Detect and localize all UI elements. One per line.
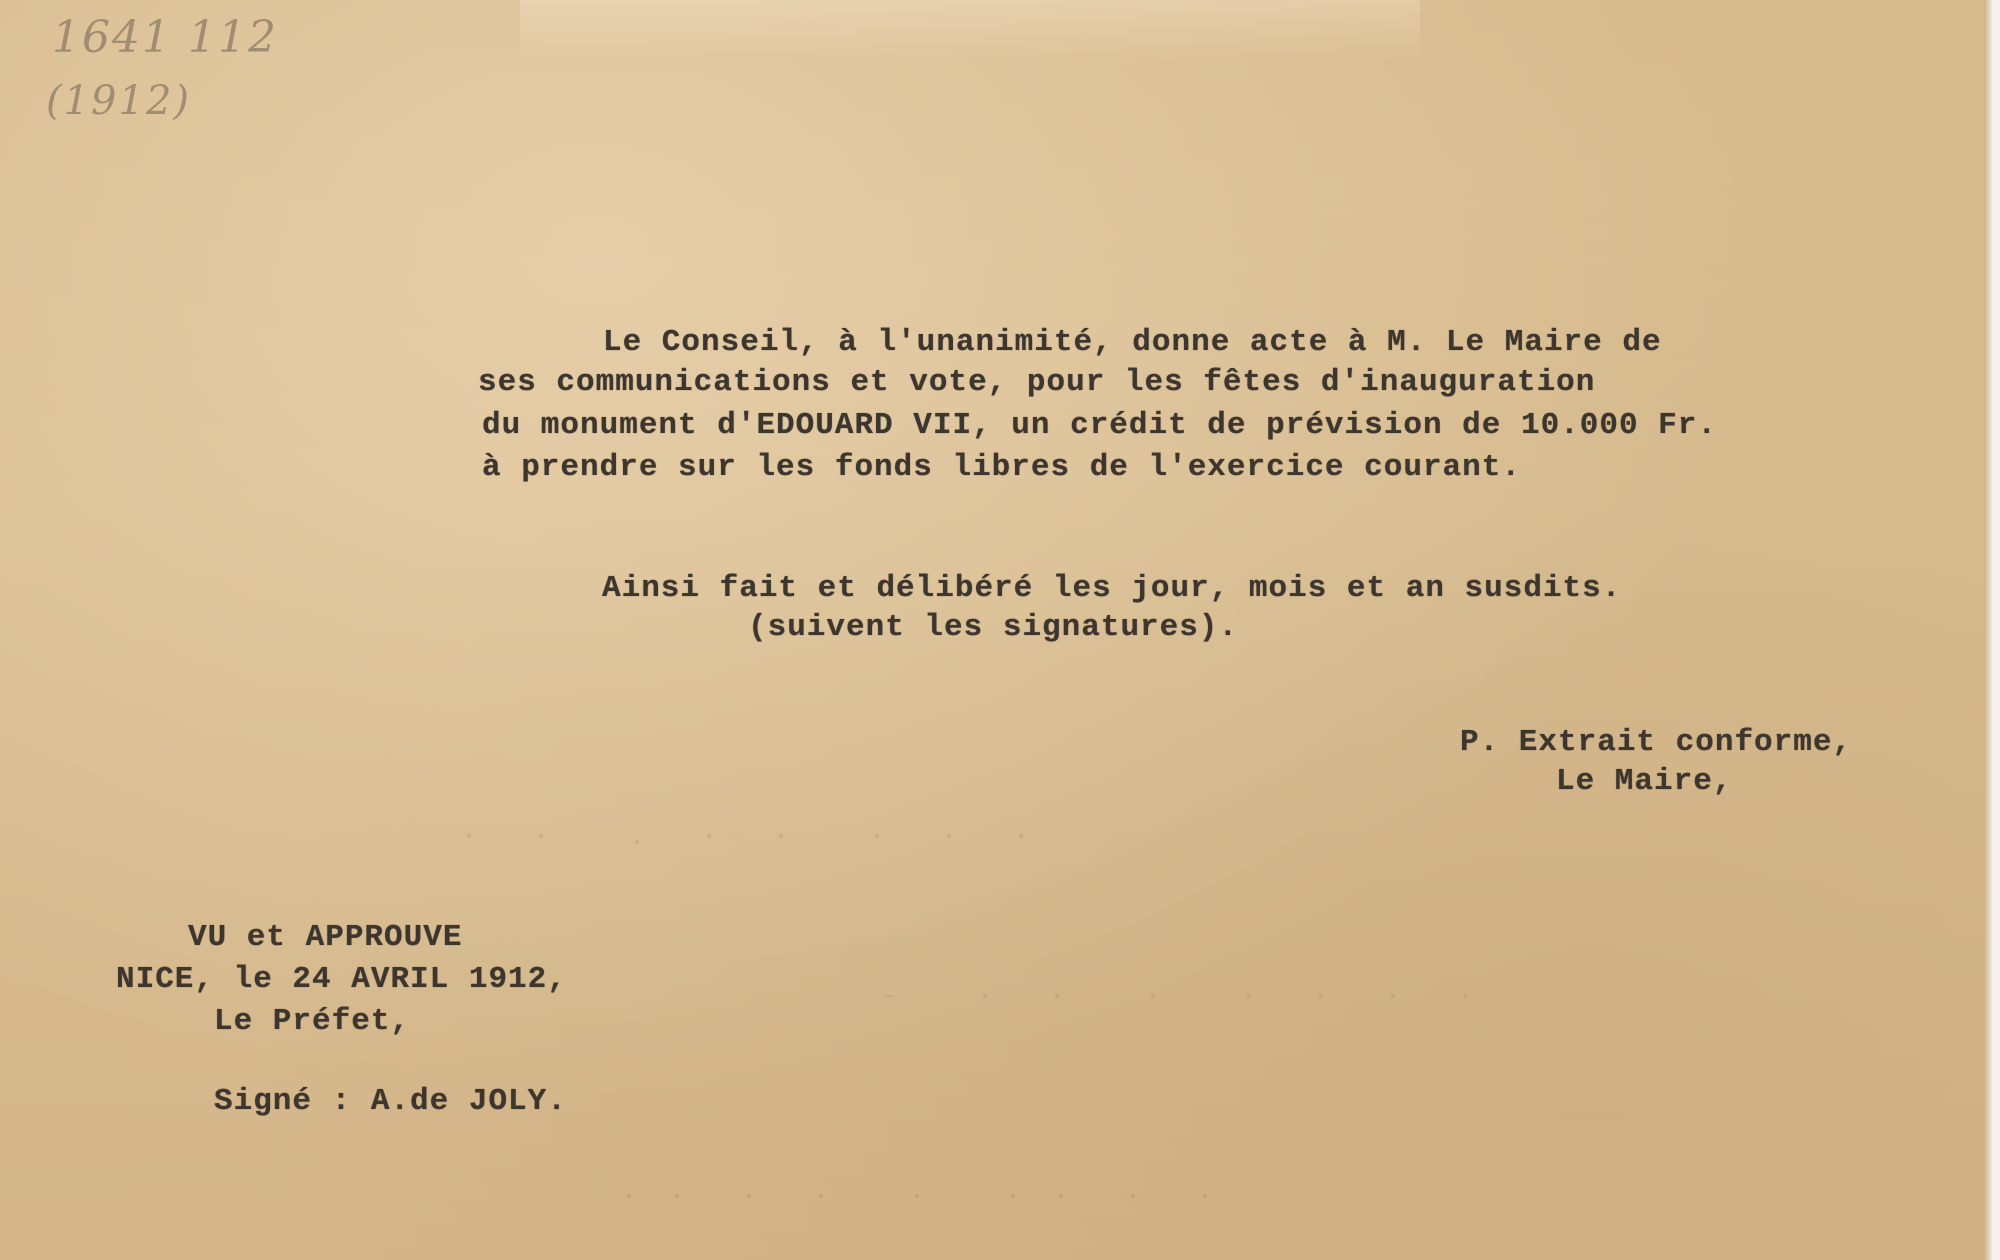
pencil-reference-year: (1912) xyxy=(46,78,191,124)
extract-certification: P. Extrait conforme, xyxy=(1460,725,1852,760)
prefect-title: Le Préfet, xyxy=(214,1004,410,1039)
paper-fold-shading xyxy=(520,0,1420,60)
deliberation-line-3: du monument d'EDOUARD VII, un crédit de … xyxy=(482,408,1717,443)
pencil-reference-number: 1641 112 xyxy=(52,12,278,63)
closing-formula: Ainsi fait et délibéré les jour, mois et… xyxy=(602,571,1621,606)
signatures-note: (suivent les signatures). xyxy=(748,610,1238,645)
approval-place-date: NICE, le 24 AVRIL 1912, xyxy=(116,962,567,997)
scan-edge xyxy=(1984,0,1992,1260)
show-through-marks: - · · · · · · · xyxy=(880,980,1480,1014)
deliberation-line-2: ses communications et vote, pour les fêt… xyxy=(478,365,1595,400)
document-page: 1641 112 (1912) · · . · · · · · - · · · … xyxy=(0,0,1992,1260)
mayor-title: Le Maire, xyxy=(1556,764,1732,799)
approval-stamp: VU et APPROUVE xyxy=(188,920,462,955)
show-through-marks: · · · · · · · · · xyxy=(620,1180,1220,1214)
prefect-signature: Signé : A.de JOLY. xyxy=(214,1084,567,1119)
deliberation-line-4: à prendre sur les fonds libres de l'exer… xyxy=(482,450,1521,485)
deliberation-line-1: Le Conseil, à l'unanimité, donne acte à … xyxy=(603,325,1662,360)
show-through-marks: · · . · · · · · xyxy=(460,820,1036,854)
